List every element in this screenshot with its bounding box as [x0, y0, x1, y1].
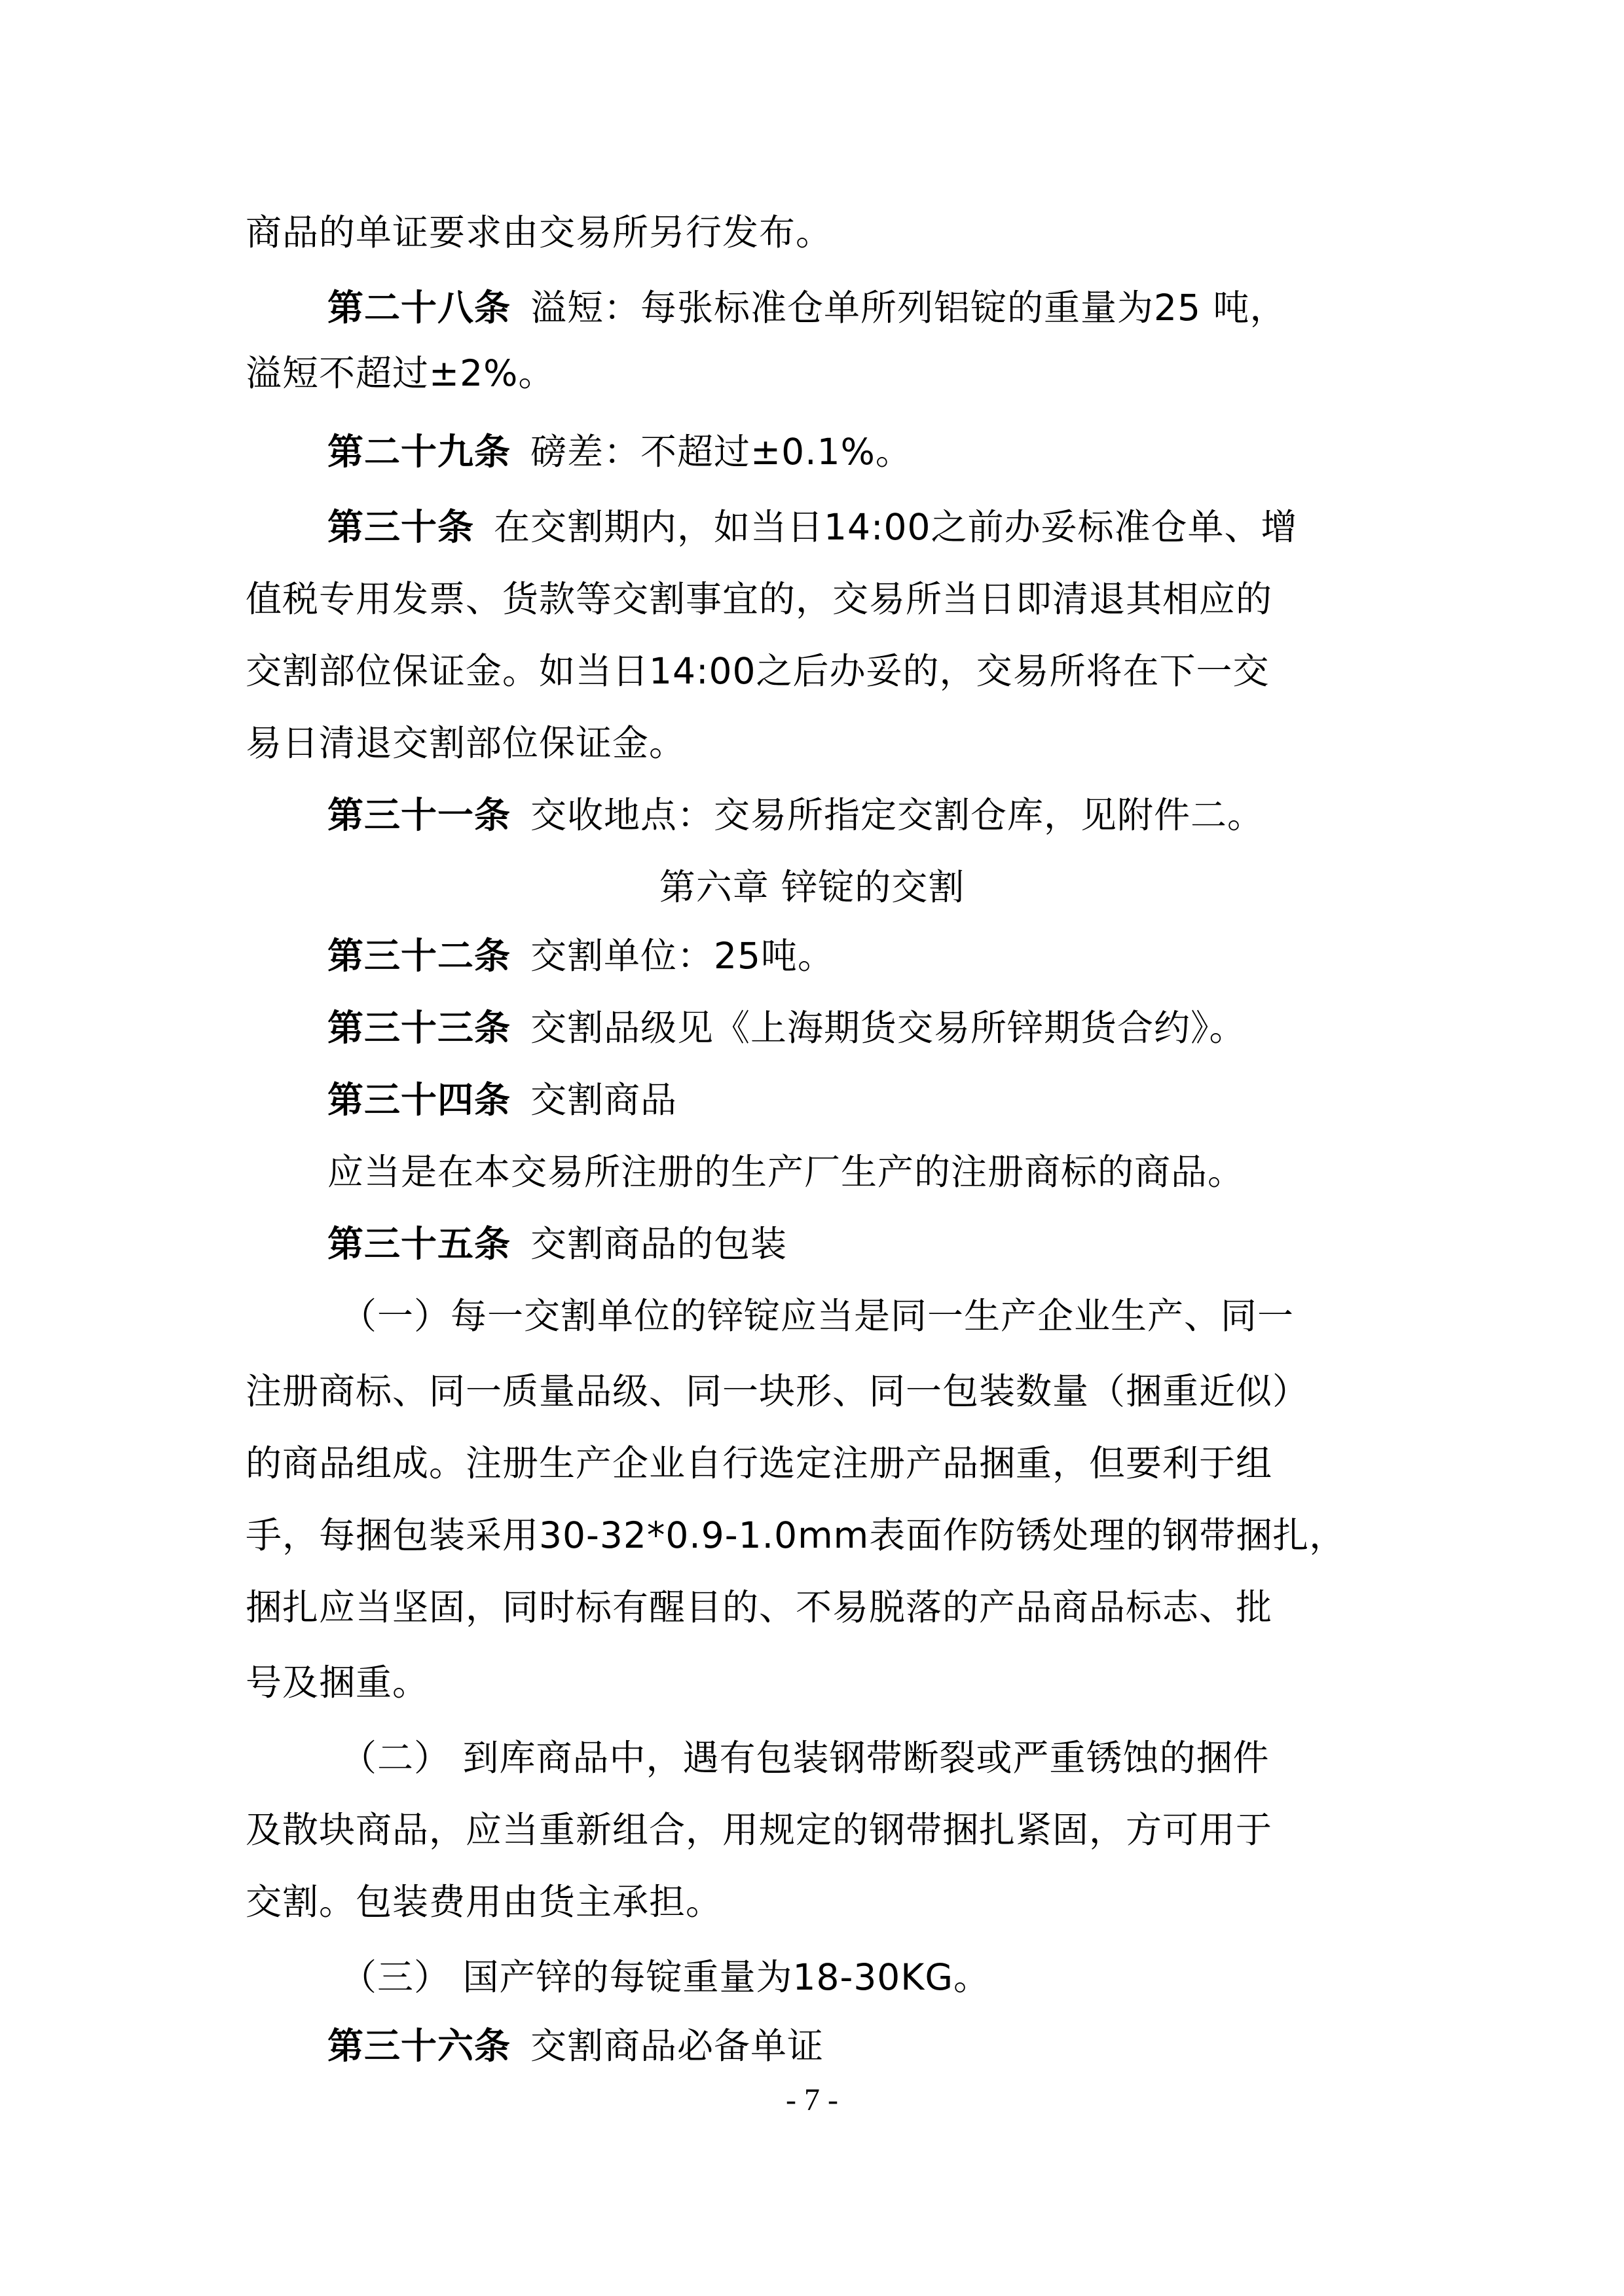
article-heading: 第二十九条	[327, 431, 511, 473]
article-text: 在交割期内，如当日14:00之前办妥标准仓单、增	[494, 506, 1298, 548]
paragraph-line: 及散块商品，应当重新组合，用规定的钢带捆扎紧固，方可用于	[246, 1804, 1398, 1856]
line-text: 易日清退交割部位保证金。	[246, 722, 686, 764]
paragraph-line: 号及捆重。	[246, 1656, 1398, 1709]
line-text: 商品的单证要求由交易所另行发布。	[246, 211, 832, 253]
paragraph-line: 手，每捆包装采用30-32*0.9-1.0mm表面作防锈处理的钢带捆扎，	[246, 1509, 1398, 1561]
line-text: 应当是在本交易所注册的生产厂生产的注册商标的商品。	[327, 1151, 1244, 1193]
clause-3: （三） 国产锌的每锭重量为18-30KG。	[341, 1951, 1401, 2003]
article-text: 溢短：每张标准仓单所列铝锭的重量为25 吨，	[530, 287, 1286, 329]
article-heading: 第三十三条	[327, 1007, 511, 1049]
paragraph-line: 交割。包装费用由货主承担。	[246, 1876, 1398, 1928]
article-text: 交割商品必备单证	[530, 2025, 824, 2067]
article-text: 交收地点：交易所指定交割仓库，见附件二。	[530, 794, 1264, 836]
clause-1: （一）每一交割单位的锌锭应当是同一生产企业生产、同一	[341, 1290, 1401, 1342]
paragraph-line: 交割部位保证金。如当日14:00之后办妥的，交易所将在下一交	[246, 645, 1398, 697]
line-text: 手，每捆包装采用30-32*0.9-1.0mm表面作防锈处理的钢带捆扎，	[246, 1514, 1346, 1556]
paragraph-line: 的商品组成。注册生产企业自行选定注册产品捆重，但要利于组	[246, 1437, 1398, 1489]
article-29: 第二十九条磅差：不超过±0.1%。	[327, 426, 1401, 478]
paragraph-line: 商品的单证要求由交易所另行发布。	[246, 206, 1398, 259]
line-text: 及散块商品，应当重新组合，用规定的钢带捆扎紧固，方可用于	[246, 1809, 1272, 1851]
article-heading: 第三十二条	[327, 935, 511, 977]
line-text: （三） 国产锌的每锭重量为18-30KG。	[341, 1956, 990, 1998]
article-heading: 第二十八条	[327, 287, 511, 329]
line-text: 交割。包装费用由货主承担。	[246, 1881, 722, 1923]
paragraph-line: 值税专用发票、货款等交割事宜的，交易所当日即清退其相应的	[246, 573, 1398, 625]
article-heading: 第三十六条	[327, 2025, 511, 2067]
article-32: 第三十二条交割单位：25吨。	[327, 930, 1401, 982]
document-page: 商品的单证要求由交易所另行发布。 第二十八条溢短：每张标准仓单所列铝锭的重量为2…	[0, 0, 1624, 2296]
article-text: 交割品级见《上海期货交易所锌期货合约》。	[530, 1007, 1246, 1049]
paragraph-line: 注册商标、同一质量品级、同一块形、同一包装数量（捆重近似）	[246, 1365, 1398, 1417]
article-30: 第三十条在交割期内，如当日14:00之前办妥标准仓单、增	[327, 501, 1401, 553]
page-number: - 7 -	[0, 2082, 1624, 2118]
line-text: 值税专用发票、货款等交割事宜的，交易所当日即清退其相应的	[246, 578, 1272, 620]
article-text: 交割单位：25吨。	[530, 935, 834, 977]
article-31: 第三十一条交收地点：交易所指定交割仓库，见附件二。	[327, 789, 1401, 841]
article-text: 交割商品的包装	[530, 1223, 787, 1265]
line-text: （二） 到库商品中，遇有包装钢带断裂或严重锈蚀的捆件	[341, 1737, 1269, 1779]
line-text: （一）每一交割单位的锌锭应当是同一生产企业生产、同一	[341, 1295, 1294, 1337]
line-text: 交割部位保证金。如当日14:00之后办妥的，交易所将在下一交	[246, 650, 1270, 692]
line-text: 号及捆重。	[246, 1662, 429, 1704]
article-heading: 第三十五条	[327, 1223, 511, 1265]
clause-2: （二） 到库商品中，遇有包装钢带断裂或严重锈蚀的捆件	[341, 1732, 1401, 1784]
article-34: 第三十四条交割商品	[327, 1074, 1401, 1126]
line-text: 的商品组成。注册生产企业自行选定注册产品捆重，但要利于组	[246, 1442, 1272, 1484]
chapter-title: 第六章 锌锭的交割	[659, 866, 965, 908]
article-35: 第三十五条交割商品的包装	[327, 1218, 1401, 1270]
line-text: 捆扎应当坚固，同时标有醒目的、不易脱落的产品商品标志、批	[246, 1586, 1272, 1628]
article-36: 第三十六条交割商品必备单证	[327, 2020, 1401, 2072]
article-heading: 第三十一条	[327, 794, 511, 836]
paragraph-line: 易日清退交割部位保证金。	[246, 717, 1398, 769]
article-text: 交割商品	[530, 1079, 677, 1121]
line-text: 溢短不超过±2%。	[246, 352, 555, 394]
chapter-heading: 第六章 锌锭的交割	[0, 861, 1624, 913]
paragraph-line: 应当是在本交易所注册的生产厂生产的注册商标的商品。	[327, 1146, 1401, 1198]
article-heading: 第三十四条	[327, 1079, 511, 1121]
article-28: 第二十八条溢短：每张标准仓单所列铝锭的重量为25 吨，	[327, 282, 1401, 334]
paragraph-line: 溢短不超过±2%。	[246, 347, 1398, 399]
line-text: 注册商标、同一质量品级、同一块形、同一包装数量（捆重近似）	[246, 1370, 1309, 1412]
article-text: 磅差：不超过±0.1%。	[530, 431, 912, 473]
article-heading: 第三十条	[327, 506, 474, 548]
article-33: 第三十三条交割品级见《上海期货交易所锌期货合约》。	[327, 1002, 1401, 1054]
paragraph-line: 捆扎应当坚固，同时标有醒目的、不易脱落的产品商品标志、批	[246, 1581, 1398, 1633]
